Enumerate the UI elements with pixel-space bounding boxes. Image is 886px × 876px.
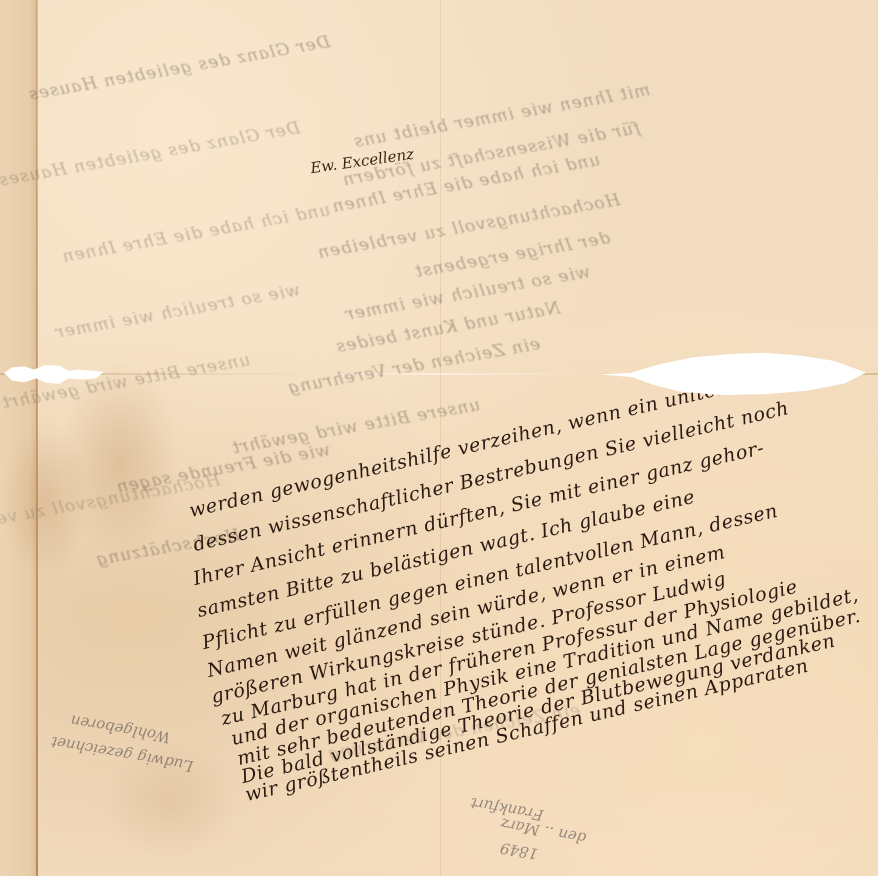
pencil-date-year: 1849 [499, 839, 540, 863]
bleed-through-line: wie so treulich wie immer [53, 280, 302, 343]
bleed-through-line: und ich habe die Ehre Ihnen [60, 200, 332, 267]
bleed-through-line: Der Glanz des geliebten Hauses [27, 32, 332, 105]
letter-page: Der Glanz des geliebten Hauses mit Ihnen… [0, 0, 878, 876]
bleed-through-line: Der Glanz des geliebten Hauses [0, 118, 302, 191]
